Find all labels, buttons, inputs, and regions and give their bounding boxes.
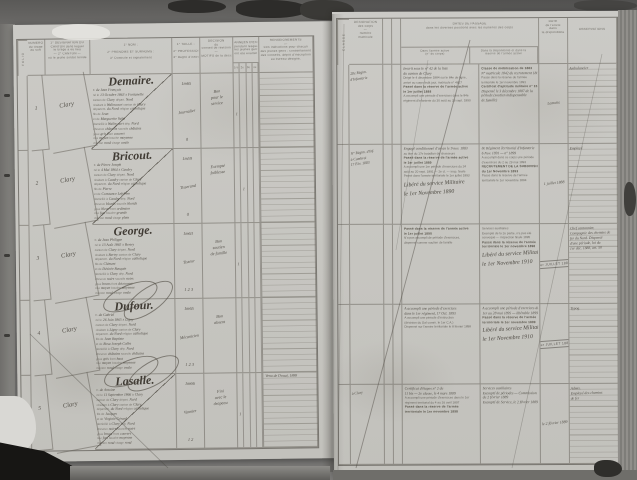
exercise-mark	[252, 73, 259, 147]
height-value: 1m59	[182, 156, 192, 161]
remarks-cell: Venu de Douai, 1888	[263, 372, 318, 448]
instruction-value: 0	[186, 137, 188, 142]
column-header-taille: 1° TAILLE :2° PROFESSION :3° Degré d'ins…	[172, 38, 200, 74]
column-header-noms: 1° NOM :2° PRÉNOMS ET SURNOMS :3° Domici…	[90, 38, 172, 75]
profession-value: Mécanicien	[180, 332, 200, 340]
service-line: Libéré du service Militaire	[482, 249, 538, 259]
observations-cell: Typog.	[569, 304, 618, 384]
service-line: A accompli dans ce corps une période	[482, 155, 538, 160]
observations-cell: Chef cantonnier,Compagnie des chemins de…	[569, 224, 618, 304]
spacer-cell	[393, 305, 402, 385]
service-line: dispensé comme soutien de famille	[404, 240, 478, 245]
column-header-numero: NUMÉROdu tirageau sort	[27, 40, 45, 76]
spacer-cell	[394, 385, 403, 465]
taille-cell: 1m59 Tisserand 0	[174, 149, 203, 224]
remarks-cell	[261, 147, 316, 223]
observation-line: de fer	[570, 395, 618, 402]
dark-object-top	[236, 0, 308, 18]
service-block: Inscrit sous le n° 42 de la listedu cant…	[401, 64, 479, 144]
observations-cell: Admis.Employé des cheminsde fer	[570, 384, 619, 464]
record-block: Bricout. F.de Pierre Josephné le4 Mai 18…	[92, 149, 175, 225]
service-line: Passé dans la réserve de l'armée active	[403, 84, 477, 89]
instruction-value: 1 2 3	[185, 362, 194, 367]
taille-cell: 1m66 Vannier 1 2	[176, 374, 205, 449]
observations-cell: Ambulancier	[568, 64, 617, 144]
exercise-marks-cell: 1	[234, 73, 261, 148]
annees-subcolumns: 1re2e3e4e	[233, 62, 258, 72]
service-line: territoriale le 1er novembre 1898	[405, 409, 479, 414]
spacer-cell	[393, 145, 402, 225]
service-line: le 1er Novembre 1910	[482, 258, 538, 268]
service-line: Dispensé sur l'armée territoriale le 8 f…	[404, 324, 478, 329]
column-header-observations: OBSERVATIONS	[568, 18, 617, 64]
exercise-mark	[256, 373, 263, 447]
decision-cell: Bonpour leservice	[201, 73, 235, 148]
remarks-cell	[262, 297, 317, 373]
taille-cell: 1m65 Journalier 0	[173, 74, 202, 149]
column-header-envoi: DATEde l'envoidansla disponibilité	[539, 18, 568, 64]
observations-cell: Employé	[569, 144, 618, 224]
exercise-marks-cell: 1	[235, 148, 262, 223]
taille-cell: 1m65 Mécanicien 1 2 3	[175, 299, 204, 374]
center-fold-shadow	[322, 14, 344, 472]
page-stack-fore-edge	[618, 10, 637, 472]
left-register-table: FOLIO NUMÉROdu tirageau sort 1° DÉSIGNAT…	[16, 35, 319, 452]
exercise-marks-cell: 1	[237, 373, 264, 448]
service-line: de famille)	[481, 98, 537, 103]
observation-line: 1er déc. 1888, art. 50	[569, 246, 617, 253]
column-header-renseignements: RENSEIGNEMENTS—Ces indications pour chac…	[259, 36, 313, 73]
decision-cell: Bonsoutiende famille	[202, 223, 236, 298]
profession-value: Tisserand	[179, 183, 196, 190]
envoi-date-note: 1 juillet 1888	[543, 180, 564, 187]
observation-line: Employé	[569, 145, 617, 152]
dark-mark-bottom-right	[594, 460, 622, 477]
header-spacer	[383, 19, 392, 65]
profession-value: Journalier	[178, 108, 196, 116]
service-line: A accompli une période d'exercices dans …	[405, 395, 479, 400]
lower-sheet-edge	[70, 466, 330, 480]
spacer-cell	[384, 305, 393, 385]
exercise-marks-cell	[236, 298, 263, 373]
decision-cell: Exemptéfaiblesse	[202, 148, 236, 223]
torn-paper-edge	[52, 24, 110, 40]
profession-value: Vannier	[184, 408, 197, 415]
observation-line: Typog.	[569, 305, 617, 312]
mobilisation-block: Classe de mobilisation de 1883N° matricu…	[479, 64, 539, 144]
signature: Lamotte	[547, 100, 560, 106]
instruction-value: 1 2 3	[184, 287, 193, 292]
envoi-cell: 1er JUILLET 1884	[540, 224, 569, 304]
spacer-cell	[392, 65, 401, 145]
strike-line	[91, 74, 173, 149]
service-line: Passé dans l'armée territoriale le 1er j…	[404, 173, 478, 178]
subheader-armee-active: Dans l'armée active(n° du corps)	[401, 47, 470, 63]
service-line: Dirigé le 4 décembre 1884 sur le 84e de …	[403, 75, 477, 80]
service-line: territoriale le 1er novembre 1894	[482, 178, 538, 183]
service-line: le 1er Novembre 1910	[482, 334, 538, 344]
column-header-decision: DÉCISIONduconseil de révision—MOTIFS de …	[200, 37, 233, 73]
spacer-cell	[385, 385, 394, 465]
date-stamp: 1er JUILLET 1884	[540, 258, 569, 269]
spacer-cell	[393, 225, 402, 305]
record-block: Dufour. F.de Gabrielné le26 Juin 1865àLi…	[93, 299, 176, 375]
lower-sheet-edge-right	[333, 470, 637, 480]
exercise-mark	[255, 298, 262, 372]
envoi-date-note: le 2 février 1889	[542, 420, 568, 427]
exercise-mark	[254, 223, 261, 297]
service-line: RECRUTEMENT DE LA SUBDIVISION	[482, 164, 538, 169]
column-header-canton: 1° DÉSIGNATION DUCANTON dans lequelle ti…	[45, 39, 90, 76]
service-block: Passé dans la réserve de l'armée activel…	[402, 224, 480, 304]
service-line: Engagé conditionnel d'un an le 9 nov. 18…	[404, 146, 478, 151]
mobilisation-block: Services auxiliairesExempté de périodes …	[481, 384, 541, 464]
right-register-table: CLASSE DÉSIGNATIONdes corps—numéromatric…	[336, 17, 620, 466]
service-block: Engagé conditionnel d'un an le 9 nov. 18…	[402, 144, 480, 224]
envoi-cell: 1 juillet 1888	[540, 144, 569, 224]
envoi-cell: le 2 février 1889	[541, 384, 570, 464]
corps-note	[350, 225, 384, 305]
binder-edge	[0, 24, 15, 454]
corps-note	[350, 305, 384, 385]
record-block: George. F.de Jean Philippené le13 Août 1…	[92, 224, 175, 300]
corps-note: 28e Régim.d'Infanterie	[349, 65, 383, 145]
spacer-cell	[383, 65, 392, 145]
scanned-register-photo: FOLIO NUMÉROdu tirageau sort 1° DÉSIGNAT…	[0, 0, 637, 480]
observation-line: Ambulancier	[568, 65, 616, 72]
height-value: 1m65	[184, 306, 194, 311]
service-line: Passé dans la réserve de l'armée active	[404, 155, 478, 160]
service-block: A accompli une période d'exercicesdans l…	[402, 304, 480, 384]
corps-note: N° Régim. d'Inf.à Cambrai17 Fév. 1883	[350, 145, 384, 225]
right-page: CLASSE DÉSIGNATIONdes corps—numéromatric…	[332, 11, 630, 474]
exercise-marks-cell: 1	[235, 223, 262, 298]
date-stamp: 1er JUILLET 1884	[540, 338, 569, 349]
height-value: 1m66	[185, 381, 195, 386]
envoi-cell: Lamotte	[539, 64, 568, 144]
dark-object-top	[168, 0, 226, 13]
instruction-value: 0	[187, 212, 189, 217]
mobilisation-block: 8e Régiment Territorial d'Infanterie6 No…	[480, 144, 540, 224]
column-header-annees-exercice: ANNÉES D'EXERCICEpendant lesquellesles j…	[233, 37, 259, 73]
remarks-cell	[260, 72, 315, 148]
decision-cell: Finiavec ledrapeau	[204, 373, 238, 448]
service-line: Passé dans la réserve de l'armée active	[404, 226, 478, 231]
taille-cell: 1m63 Tisseur 1 2 3	[174, 224, 203, 299]
envoi-cell: 1er JUILLET 1884	[540, 304, 569, 384]
height-value: 1m65	[181, 81, 191, 86]
column-header-services: DATES DE PASSAGEdans les diverses positi…	[401, 18, 539, 65]
mobilisation-block: Services auxiliairesExempté de la 2e par…	[480, 224, 540, 304]
service-line: régiment d'infanterie du 30 août au 26 s…	[403, 98, 477, 103]
decision-cell: Bonabsent	[203, 298, 237, 373]
service-line: territoriale le 1er novembre 1898	[482, 244, 538, 249]
header-spacer	[392, 19, 401, 65]
instruction-value: 1 2	[188, 437, 194, 442]
remarks-cell	[261, 222, 316, 298]
column-header-folio: FOLIO	[17, 40, 27, 76]
service-line: Exempté de Service, le 2 février 1889	[483, 400, 539, 405]
spacer-cell	[384, 145, 393, 225]
service-block: Certificat d'étapes n° 2 du11 bis — 2e c…	[403, 384, 481, 464]
profession-value: Tisseur	[182, 258, 194, 265]
height-value: 1m63	[183, 231, 193, 236]
strike-line	[92, 149, 174, 224]
mobilisation-block: A accompli une période d'exercices du1er…	[480, 304, 540, 384]
column-header-corps: DÉSIGNATIONdes corps—numéromatricule	[349, 19, 383, 65]
exercise-mark	[253, 148, 260, 222]
service-line: 8e Régiment Territorial d'Infanterie	[482, 146, 538, 151]
corps-note: à Clary	[351, 385, 385, 465]
subheader-reserve: Dans la disponibilité et dans laréserve …	[470, 47, 539, 63]
spacer-cell	[384, 225, 393, 305]
service-line: territoriale le 1er novembre 1899	[482, 320, 538, 325]
left-page: FOLIO NUMÉROdu tirageau sort 1° DÉSIGNAT…	[13, 21, 337, 462]
dark-mark-right-edge	[624, 182, 636, 216]
record-block: Demaire. F.de Jean Françoisné le13 Octob…	[91, 74, 174, 150]
